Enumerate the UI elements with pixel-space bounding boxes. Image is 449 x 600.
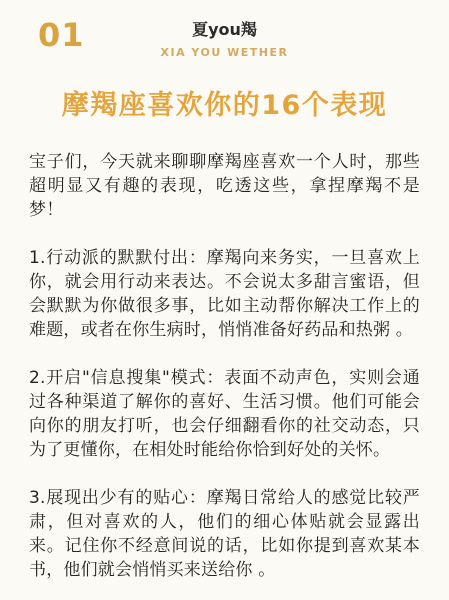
- post-body: 宝子们，今天就来聊聊摩羯座喜欢一个人时，那些超明显又有趣的表现，吃透这些，拿捏摩…: [0, 150, 449, 582]
- intro-paragraph: 宝子们，今天就来聊聊摩羯座喜欢一个人时，那些超明显又有趣的表现，吃透这些，拿捏摩…: [29, 150, 420, 222]
- list-item-1: 1.行动派的默默付出：摩羯向来务实，一旦喜欢上你，就会用行动来表达。不会说太多甜…: [29, 246, 420, 342]
- list-item-3: 3.展现出少有的贴心：摩羯日常给人的感觉比较严肃，但对喜欢的人，他们的细心体贴就…: [29, 486, 420, 582]
- page-number: 01: [38, 16, 85, 54]
- list-item-2: 2.开启"信息搜集"模式：表面不动声色，实则会通过各种渠道了解你的喜好、生活习惯…: [29, 366, 420, 462]
- zodiac-post-card: 01 夏you羯 XIA YOU WETHER 摩羯座喜欢你的16个表现 宝子们…: [0, 0, 449, 600]
- post-title: 摩羯座喜欢你的16个表现: [0, 90, 449, 122]
